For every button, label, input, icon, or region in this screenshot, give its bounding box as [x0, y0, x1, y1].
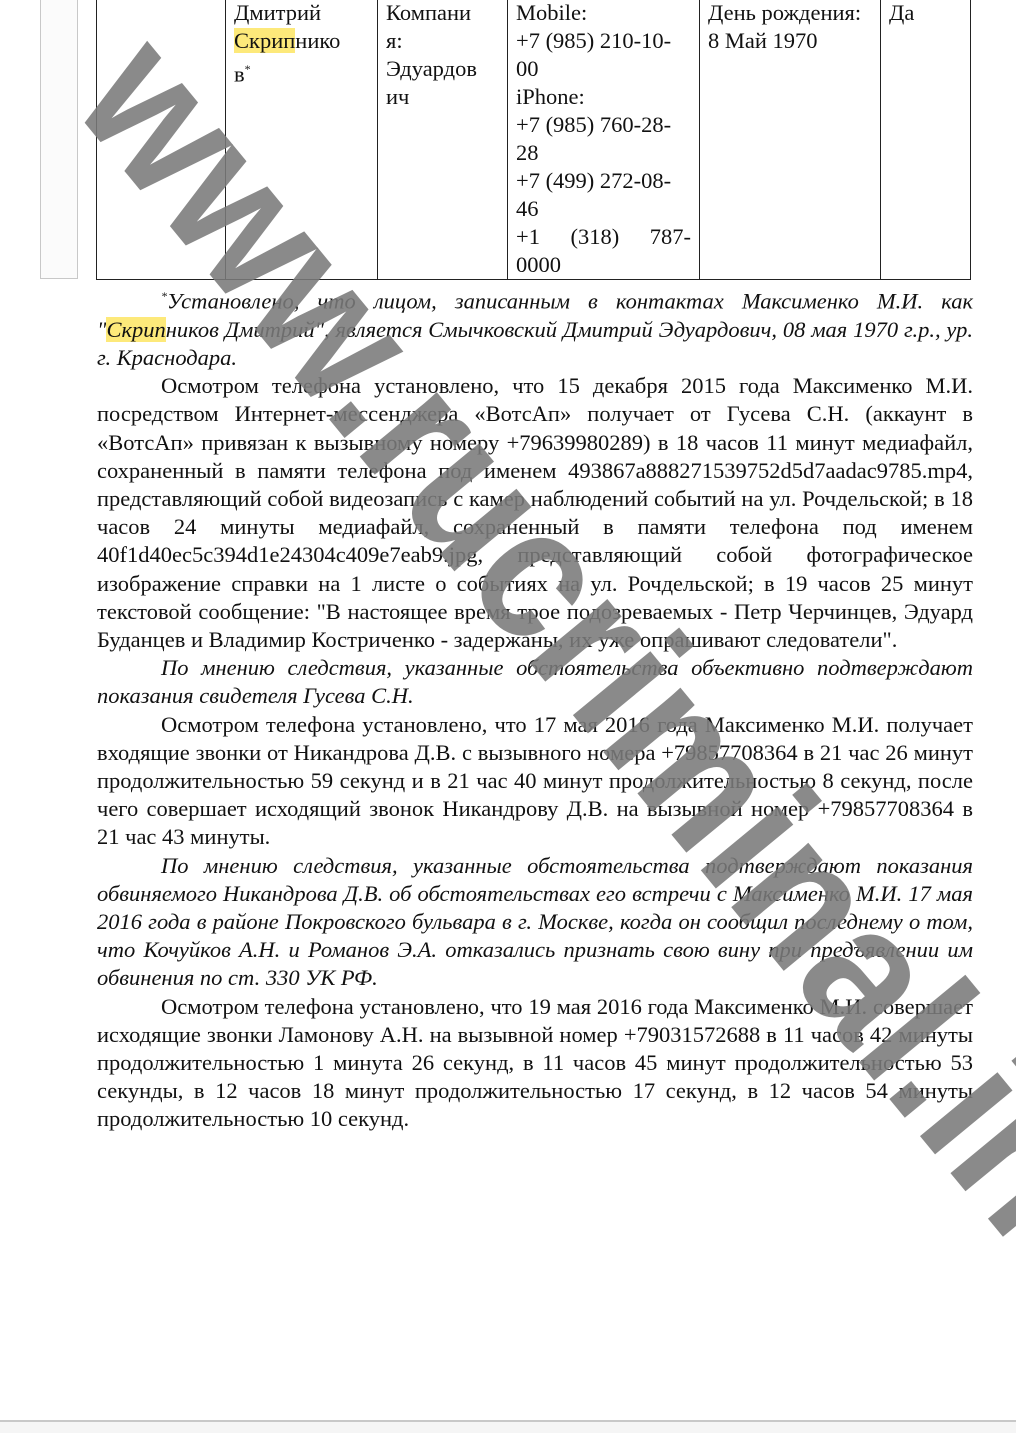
- cell-birthday: День рождения: 8 Май 1970: [700, 0, 881, 280]
- paragraph: Осмотром телефона установлено, что 19 ма…: [97, 993, 973, 1134]
- cell-company: Компани я: Эдуардов ич: [378, 0, 508, 280]
- paragraph: Осмотром телефона установлено, что 15 де…: [97, 372, 973, 654]
- phone-mobile: +7 (985) 210-10-00: [516, 27, 691, 83]
- contacts-table: Дмитрий Скрипнико в* Компани я: Эдуардов…: [96, 0, 971, 280]
- paragraph: Осмотром телефона установлено, что 17 ма…: [97, 711, 973, 852]
- footnote-mark: *: [245, 62, 251, 76]
- phone-other-2: +1 (318) 787-: [516, 223, 691, 251]
- phone-other-1: +7 (499) 272-08-46: [516, 167, 691, 223]
- cell-phones: Mobile: +7 (985) 210-10-00 iPhone: +7 (9…: [508, 0, 700, 280]
- paragraph-conclusion: По мнению следствия, указанные обстоятел…: [97, 654, 973, 710]
- cell-contact-name: Дмитрий Скрипнико в*: [226, 0, 378, 280]
- search-highlight: Скрип: [234, 28, 295, 53]
- footnote: *Установлено, что лицом, записанным в ко…: [97, 282, 973, 372]
- paragraph-conclusion: По мнению следствия, указанные обстоятел…: [97, 852, 973, 993]
- document-body: *Установлено, что лицом, записанным в ко…: [97, 282, 973, 1134]
- search-highlight: Скрип: [106, 317, 165, 342]
- phone-iphone: +7 (985) 760-28-28: [516, 111, 691, 167]
- left-margin-strip: [40, 0, 78, 279]
- cell-index: [97, 0, 226, 280]
- cell-flag: Да: [881, 0, 971, 280]
- viewer-bottom-bar: [0, 1420, 1016, 1433]
- table-row: Дмитрий Скрипнико в* Компани я: Эдуардов…: [97, 0, 971, 280]
